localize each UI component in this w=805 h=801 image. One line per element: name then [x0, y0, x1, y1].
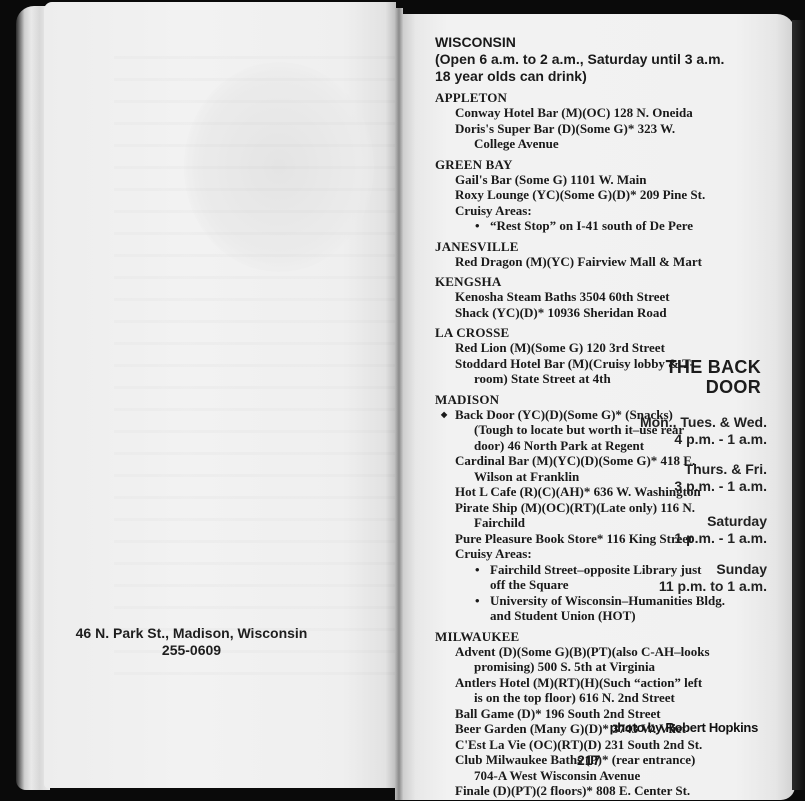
listing-entry: Hot L Cafe (R)(C)(AH)* 636 W. Washington [435, 484, 785, 500]
entry-continuation: (Tough to locate but worth it–use rear [455, 422, 785, 438]
entry-text: Antlers Hotel (M)(RT)(H)(Such “action” l… [455, 675, 702, 690]
entry-text: Beer Garden (Many G)(D)* 3743 W. Vliet [455, 721, 686, 736]
city-heading: MADISON [435, 392, 785, 407]
city-section: MILWAUKEEAdvent (D)(Some G)(B)(PT)(also … [435, 629, 785, 799]
listing-entry: Gail's Bar (Some G) 1101 W. Main [435, 172, 785, 188]
cruisy-area-text: off the Square [475, 577, 785, 593]
cruisy-areas-label: Cruisy Areas: [435, 546, 785, 562]
entry-text: C'Est La Vie (OC)(RT)(D) 231 South 2nd S… [455, 737, 702, 752]
city-heading: GREEN BAY [435, 157, 785, 172]
address-line: 46 N. Park St., Madison, Wisconsin [64, 625, 319, 642]
city-heading: APPLETON [435, 90, 785, 105]
listing-entry: Pirate Ship (M)(OC)(RT)(Late only) 116 N… [435, 500, 785, 531]
listing-entry: Stoddard Hotel Bar (M)(Cruisy lobby & T-… [435, 356, 785, 387]
ad-address: 46 N. Park St., Madison, Wisconsin 255-0… [64, 625, 319, 659]
entry-text: Cardinal Bar (M)(YC)(D)(Some G)* 418 E. [455, 453, 695, 468]
left-page [44, 2, 396, 788]
entry-text: Pirate Ship (M)(OC)(RT)(Late only) 116 N… [455, 500, 695, 515]
entry-continuation: Fairchild [455, 515, 785, 531]
entry-text: Doris's Super Bar (D)(Some G)* 323 W. [455, 121, 675, 136]
city-section: JANESVILLERed Dragon (M)(YC) Fairview Ma… [435, 239, 785, 270]
cover-edge [792, 20, 805, 790]
wisconsin-listing: WISCONSIN (Open 6 a.m. to 2 a.m., Saturd… [435, 34, 785, 799]
state-note-line: (Open 6 a.m. to 2 a.m., Saturday until 3… [435, 51, 785, 68]
cruisy-areas-label: Cruisy Areas: [435, 203, 785, 219]
entry-text: Hot L Cafe (R)(C)(AH)* 636 W. Washington [455, 484, 701, 499]
entry-continuation: is on the top floor) 616 N. 2nd Street [455, 690, 785, 706]
listing-entry: Beer Garden (Many G)(D)* 3743 W. Vliet [435, 721, 785, 737]
city-section: MADISONBack Door (YC)(D)(Some G)* (Snack… [435, 392, 785, 624]
listing-entry: Kenosha Steam Baths 3504 60th Street [435, 289, 785, 305]
entry-text: Conway Hotel Bar (M)(OC) 128 N. Oneida [455, 105, 693, 120]
entry-text: Advent (D)(Some G)(B)(PT)(also C-AH–look… [455, 644, 710, 659]
listing-entry: Roxy Lounge (YC)(Some G)(D)* 209 Pine St… [435, 187, 785, 203]
entry-continuation: College Avenue [455, 136, 785, 152]
entry-text: Back Door (YC)(D)(Some G)* (Snacks) [455, 407, 673, 422]
entry-continuation: promising) 500 S. 5th at Virginia [455, 659, 785, 675]
entry-text: Roxy Lounge (YC)(Some G)(D)* 209 Pine St… [455, 187, 705, 202]
page-number: 217 [577, 752, 600, 768]
book-gutter [395, 8, 403, 800]
city-heading: JANESVILLE [435, 239, 785, 254]
state-note: (Open 6 a.m. to 2 a.m., Saturday until 3… [435, 51, 785, 85]
listing-entry: Conway Hotel Bar (M)(OC) 128 N. Oneida [435, 105, 785, 121]
open-book: THE BACK DOOR Mon., Tues. & Wed. 4 p.m. … [0, 0, 805, 801]
city-heading: LA CROSSE [435, 325, 785, 340]
state-heading: WISCONSIN [435, 34, 785, 51]
listing-entry: Shack (YC)(D)* 10936 Sheridan Road [435, 305, 785, 321]
cruisy-area-text: and Student Union (HOT) [475, 608, 785, 624]
listing-entry: Ball Game (D)* 196 South 2nd Street [435, 706, 785, 722]
cruisy-area-item: University of Wisconsin–Humanities Bldg.… [435, 593, 785, 624]
city-heading: KENGSHA [435, 274, 785, 289]
city-section: GREEN BAYGail's Bar (Some G) 1101 W. Mai… [435, 157, 785, 234]
entry-continuation: Wilson at Franklin [455, 469, 785, 485]
entry-continuation: room) State Street at 4th [455, 371, 785, 387]
cruisy-area-text: Fairchild Street–opposite Library just [475, 562, 785, 578]
entry-continuation: door) 46 North Park at Regent [455, 438, 785, 454]
entry-text: Finale (D)(PT)(2 floors)* 808 E. Center … [455, 783, 690, 798]
city-section: LA CROSSERed Lion (M)(Some G) 120 3rd St… [435, 325, 785, 387]
entry-continuation: 704-A West Wisconsin Avenue [455, 768, 785, 784]
listing-entry: Doris's Super Bar (D)(Some G)* 323 W.Col… [435, 121, 785, 152]
bleed-through-text [114, 42, 414, 692]
cruisy-area-text: “Rest Stop” on I-41 south of De Pere [475, 218, 785, 234]
cruisy-area-text: University of Wisconsin–Humanities Bldg. [475, 593, 785, 609]
cruisy-area-item: “Rest Stop” on I-41 south of De Pere [435, 218, 785, 234]
entry-text: Ball Game (D)* 196 South 2nd Street [455, 706, 661, 721]
entry-text: Red Dragon (M)(YC) Fairview Mall & Mart [455, 254, 702, 269]
listing-entry: Finale (D)(PT)(2 floors)* 808 E. Center … [435, 783, 785, 799]
listing-entry: Antlers Hotel (M)(RT)(H)(Such “action” l… [435, 675, 785, 706]
listing-entry: Cardinal Bar (M)(YC)(D)(Some G)* 418 E.W… [435, 453, 785, 484]
listing-entry: Club Milwaukee Baths (P)* (rear entrance… [435, 752, 785, 783]
entry-text: Kenosha Steam Baths 3504 60th Street [455, 289, 670, 304]
entry-text: Shack (YC)(D)* 10936 Sheridan Road [455, 305, 667, 320]
listing-entry: Red Lion (M)(Some G) 120 3rd Street [435, 340, 785, 356]
listing-entry: Back Door (YC)(D)(Some G)* (Snacks)(Toug… [435, 407, 785, 454]
state-note-line: 18 year olds can drink) [435, 68, 785, 85]
city-heading: MILWAUKEE [435, 629, 785, 644]
phone-number: 255-0609 [64, 642, 319, 659]
entry-text: Pure Pleasure Book Store* 116 King Stree… [455, 531, 692, 546]
city-list: APPLETONConway Hotel Bar (M)(OC) 128 N. … [435, 90, 785, 799]
listing-entry: Pure Pleasure Book Store* 116 King Stree… [435, 531, 785, 547]
entry-text: Club Milwaukee Baths (P)* (rear entrance… [455, 752, 695, 767]
entry-text: Gail's Bar (Some G) 1101 W. Main [455, 172, 647, 187]
listing-entry: Advent (D)(Some G)(B)(PT)(also C-AH–look… [435, 644, 785, 675]
listing-entry: Red Dragon (M)(YC) Fairview Mall & Mart [435, 254, 785, 270]
listing-entry: C'Est La Vie (OC)(RT)(D) 231 South 2nd S… [435, 737, 785, 753]
city-section: APPLETONConway Hotel Bar (M)(OC) 128 N. … [435, 90, 785, 152]
entry-text: Red Lion (M)(Some G) 120 3rd Street [455, 340, 665, 355]
cruisy-area-item: Fairchild Street–opposite Library justof… [435, 562, 785, 593]
city-section: KENGSHAKenosha Steam Baths 3504 60th Str… [435, 274, 785, 320]
entry-text: Stoddard Hotel Bar (M)(Cruisy lobby & T- [455, 356, 694, 371]
